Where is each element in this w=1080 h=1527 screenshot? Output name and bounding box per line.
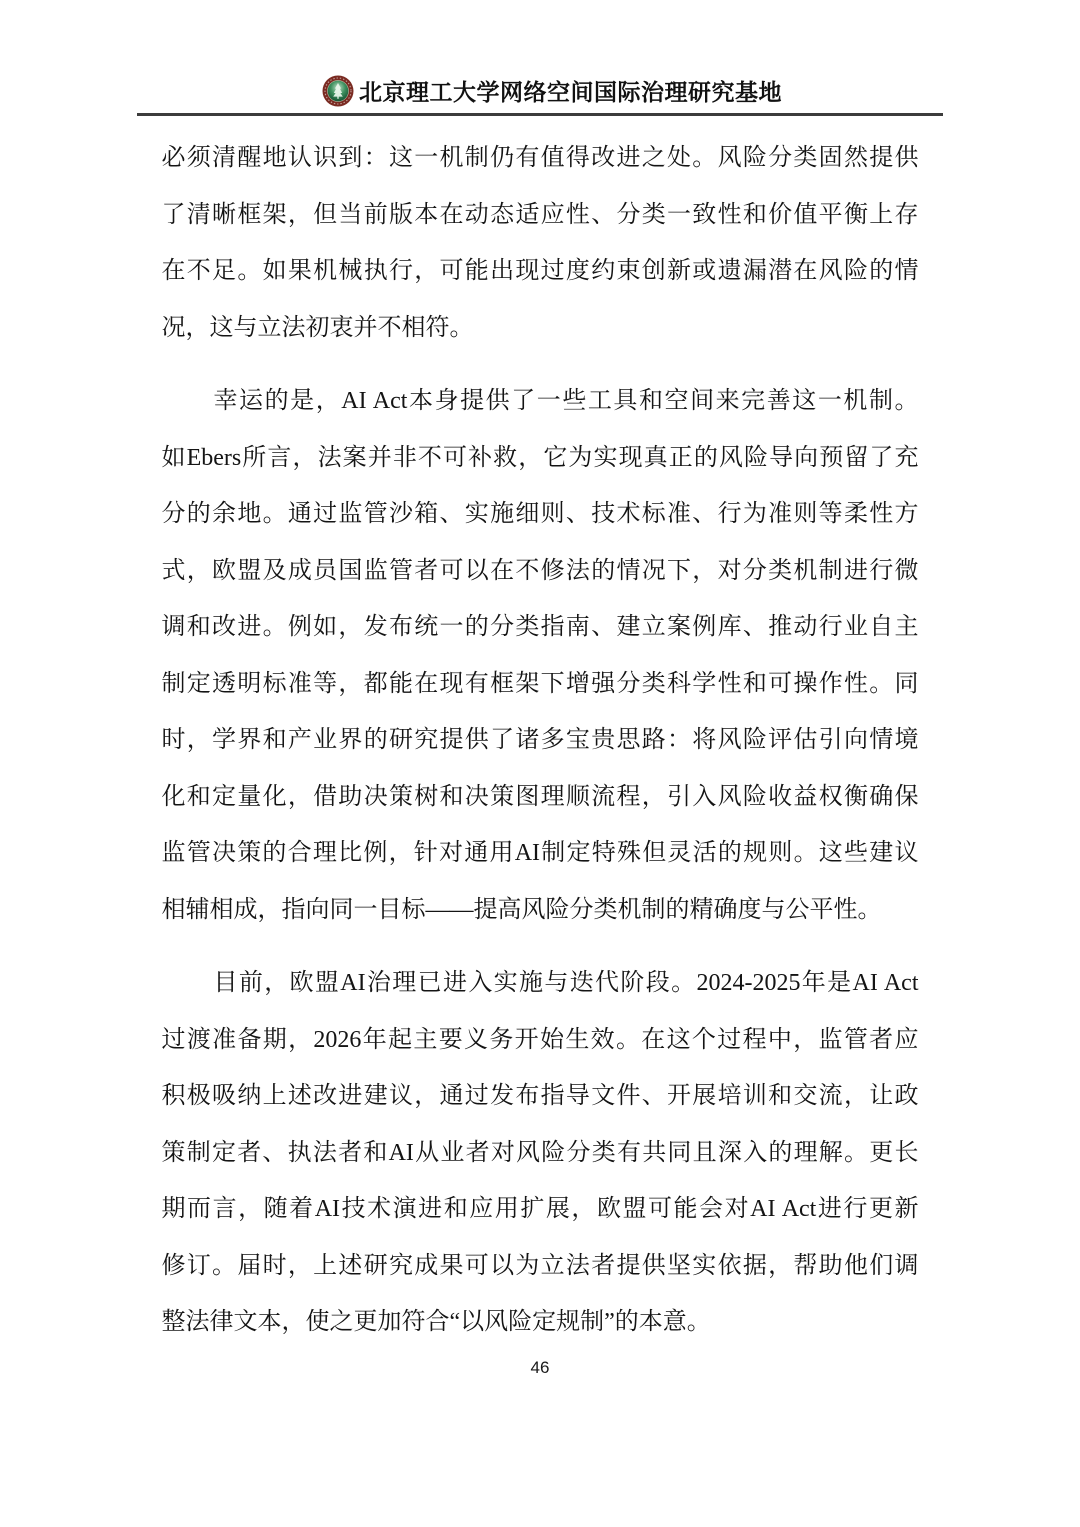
text-line: 时，学界和产业界的研究提供了诸多宝贵思路：将风险评估引向情境 [162, 712, 919, 769]
paragraph: 必须清醒地认识到：这一机制仍有值得改进之处。风险分类固然提供了清晰框架，但当前版… [162, 130, 919, 356]
text-line: 幸运的是，AI Act本身提供了一些工具和空间来完善这一机制。 [162, 373, 919, 430]
paragraph: 目前，欧盟AI治理已进入实施与迭代阶段。2024-2025年是AI Act过渡准… [162, 955, 919, 1351]
text-line: 必须清醒地认识到：这一机制仍有值得改进之处。风险分类固然提供 [162, 130, 919, 187]
text-line: 况，这与立法初衷并不相符。 [162, 300, 919, 357]
text-line: 修订。届时，上述研究成果可以为立法者提供坚实依据，帮助他们调 [162, 1238, 919, 1295]
text-line: 相辅相成，指向同一目标——提高风险分类机制的精确度与公平性。 [162, 882, 919, 939]
text-line: 化和定量化，借助决策树和决策图理顺流程，引入风险收益权衡确保 [162, 769, 919, 826]
text-line: 在不足。如果机械执行，可能出现过度约束创新或遗漏潜在风险的情 [162, 243, 919, 300]
page-number: 46 [531, 1358, 550, 1377]
document-body: 必须清醒地认识到：这一机制仍有值得改进之处。风险分类固然提供了清晰框架，但当前版… [162, 130, 919, 1351]
document-footer: 46 [0, 1358, 1080, 1378]
document-page: 北京理工大学网络空间国际治理研究基地 必须清醒地认识到：这一机制仍有值得改进之处… [0, 0, 1080, 1527]
text-line: 积极吸纳上述改进建议，通过发布指导文件、开展培训和交流，让政 [162, 1068, 919, 1125]
document-header: 北京理工大学网络空间国际治理研究基地 [12, 0, 1080, 107]
text-line: 策制定者、执法者和AI从业者对风险分类有共同且深入的理解。更长 [162, 1125, 919, 1182]
text-line: 式，欧盟及成员国监管者可以在不修法的情况下，对分类机制进行微 [162, 543, 919, 600]
text-line: 目前，欧盟AI治理已进入实施与迭代阶段。2024-2025年是AI Act [162, 955, 919, 1012]
text-line: 分的余地。通过监管沙箱、实施细则、技术标准、行为准则等柔性方 [162, 486, 919, 543]
paragraph: 幸运的是，AI Act本身提供了一些工具和空间来完善这一机制。如Ebers所言，… [162, 373, 919, 938]
text-line: 了清晰框架，但当前版本在动态适应性、分类一致性和价值平衡上存 [162, 187, 919, 244]
text-line: 过渡准备期，2026年起主要义务开始生效。在这个过程中，监管者应 [162, 1012, 919, 1069]
text-line: 制定透明标准等，都能在现有框架下增强分类科学性和可操作性。同 [162, 656, 919, 713]
university-logo-icon [322, 75, 354, 107]
header-rule [137, 113, 943, 116]
text-line: 调和改进。例如，发布统一的分类指南、建立案例库、推动行业自主 [162, 599, 919, 656]
text-line: 期而言，随着AI技术演进和应用扩展，欧盟可能会对AI Act进行更新 [162, 1181, 919, 1238]
text-line: 如Ebers所言，法案并非不可补救，它为实现真正的风险导向预留了充 [162, 430, 919, 487]
text-line: 整法律文本，使之更加符合“以风险定规制”的本意。 [162, 1294, 919, 1351]
institute-name: 北京理工大学网络空间国际治理研究基地 [359, 74, 782, 107]
text-line: 监管决策的合理比例，针对通用AI制定特殊但灵活的规则。这些建议 [162, 825, 919, 882]
